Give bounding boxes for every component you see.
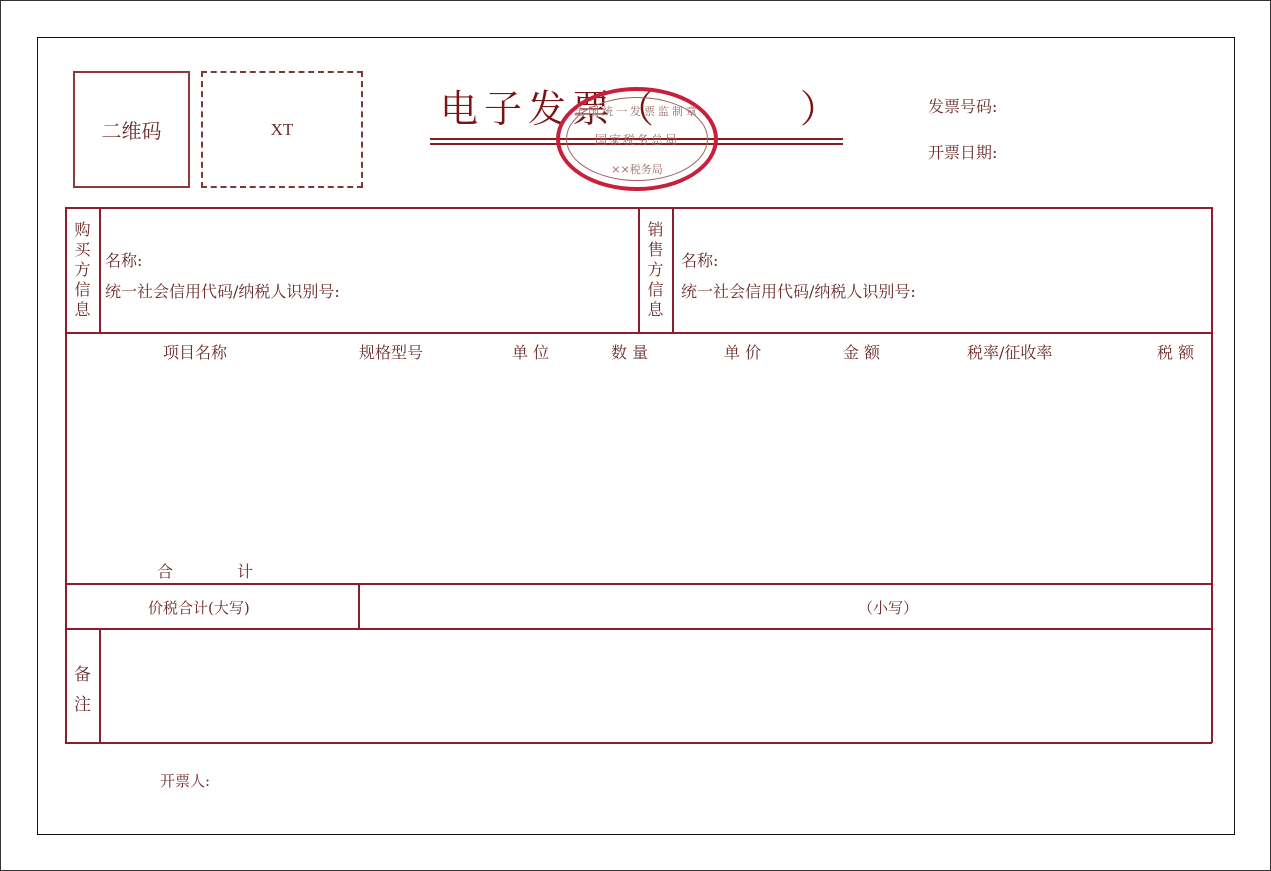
totals-row-bottom [65, 628, 1212, 630]
column-header-quantity: 数 量 [611, 340, 648, 363]
column-header-specification: 规格型号 [359, 340, 423, 363]
column-header-unit-price: 单 价 [724, 340, 761, 363]
amount-in-figures-label: （小写） [858, 597, 918, 618]
amount-in-words-label: 价税合计(大写) [148, 597, 250, 618]
totals-divider [358, 583, 360, 629]
column-header-item-name: 项目名称 [163, 340, 227, 363]
logo-placeholder: XT [201, 71, 363, 188]
seller-tax-id-label: 统一社会信用代码/纳税人识别号: [681, 279, 916, 302]
logo-placeholder-text: XT [271, 120, 294, 140]
issue-date-label: 开票日期: [928, 140, 997, 163]
issuer-label: 开票人: [160, 770, 210, 791]
qr-code-label: 二维码 [102, 115, 162, 144]
column-header-amount: 金 额 [843, 340, 880, 363]
seal-bottom-text: ××税务局 [560, 161, 714, 177]
seal-ring-text: 全国统一发票监制章 [560, 103, 714, 119]
buyer-section-label: 购 买 方 信 息 [66, 220, 99, 320]
qr-code-placeholder: 二维码 [73, 71, 190, 188]
buyer-label-divider [99, 207, 101, 333]
remarks-label: 备 注 [66, 660, 99, 720]
seal-center-text: 国家税务总局 [560, 131, 714, 148]
invoice-title-close: ） [800, 78, 838, 133]
buyer-tax-id-label: 统一社会信用代码/纳税人识别号: [105, 279, 340, 302]
seller-section-label: 销 售 方 信 息 [639, 220, 672, 320]
seller-label-divider [672, 207, 674, 333]
column-header-unit: 单 位 [512, 340, 549, 363]
remarks-label-divider [99, 628, 101, 743]
column-header-tax-rate: 税率/征收率 [967, 340, 1052, 363]
official-seal-stamp: 全国统一发票监制章 国家税务总局 ××税务局 [556, 87, 718, 191]
table-border-bottom [65, 742, 1212, 744]
items-total-label: 合 计 [157, 559, 253, 582]
table-border-right [1211, 207, 1213, 743]
seller-name-label: 名称: [681, 248, 718, 271]
items-section-bottom [65, 583, 1212, 585]
invoice-number-label: 发票号码: [928, 94, 997, 117]
column-header-tax-amount: 税 额 [1157, 340, 1194, 363]
buyer-name-label: 名称: [105, 248, 142, 271]
